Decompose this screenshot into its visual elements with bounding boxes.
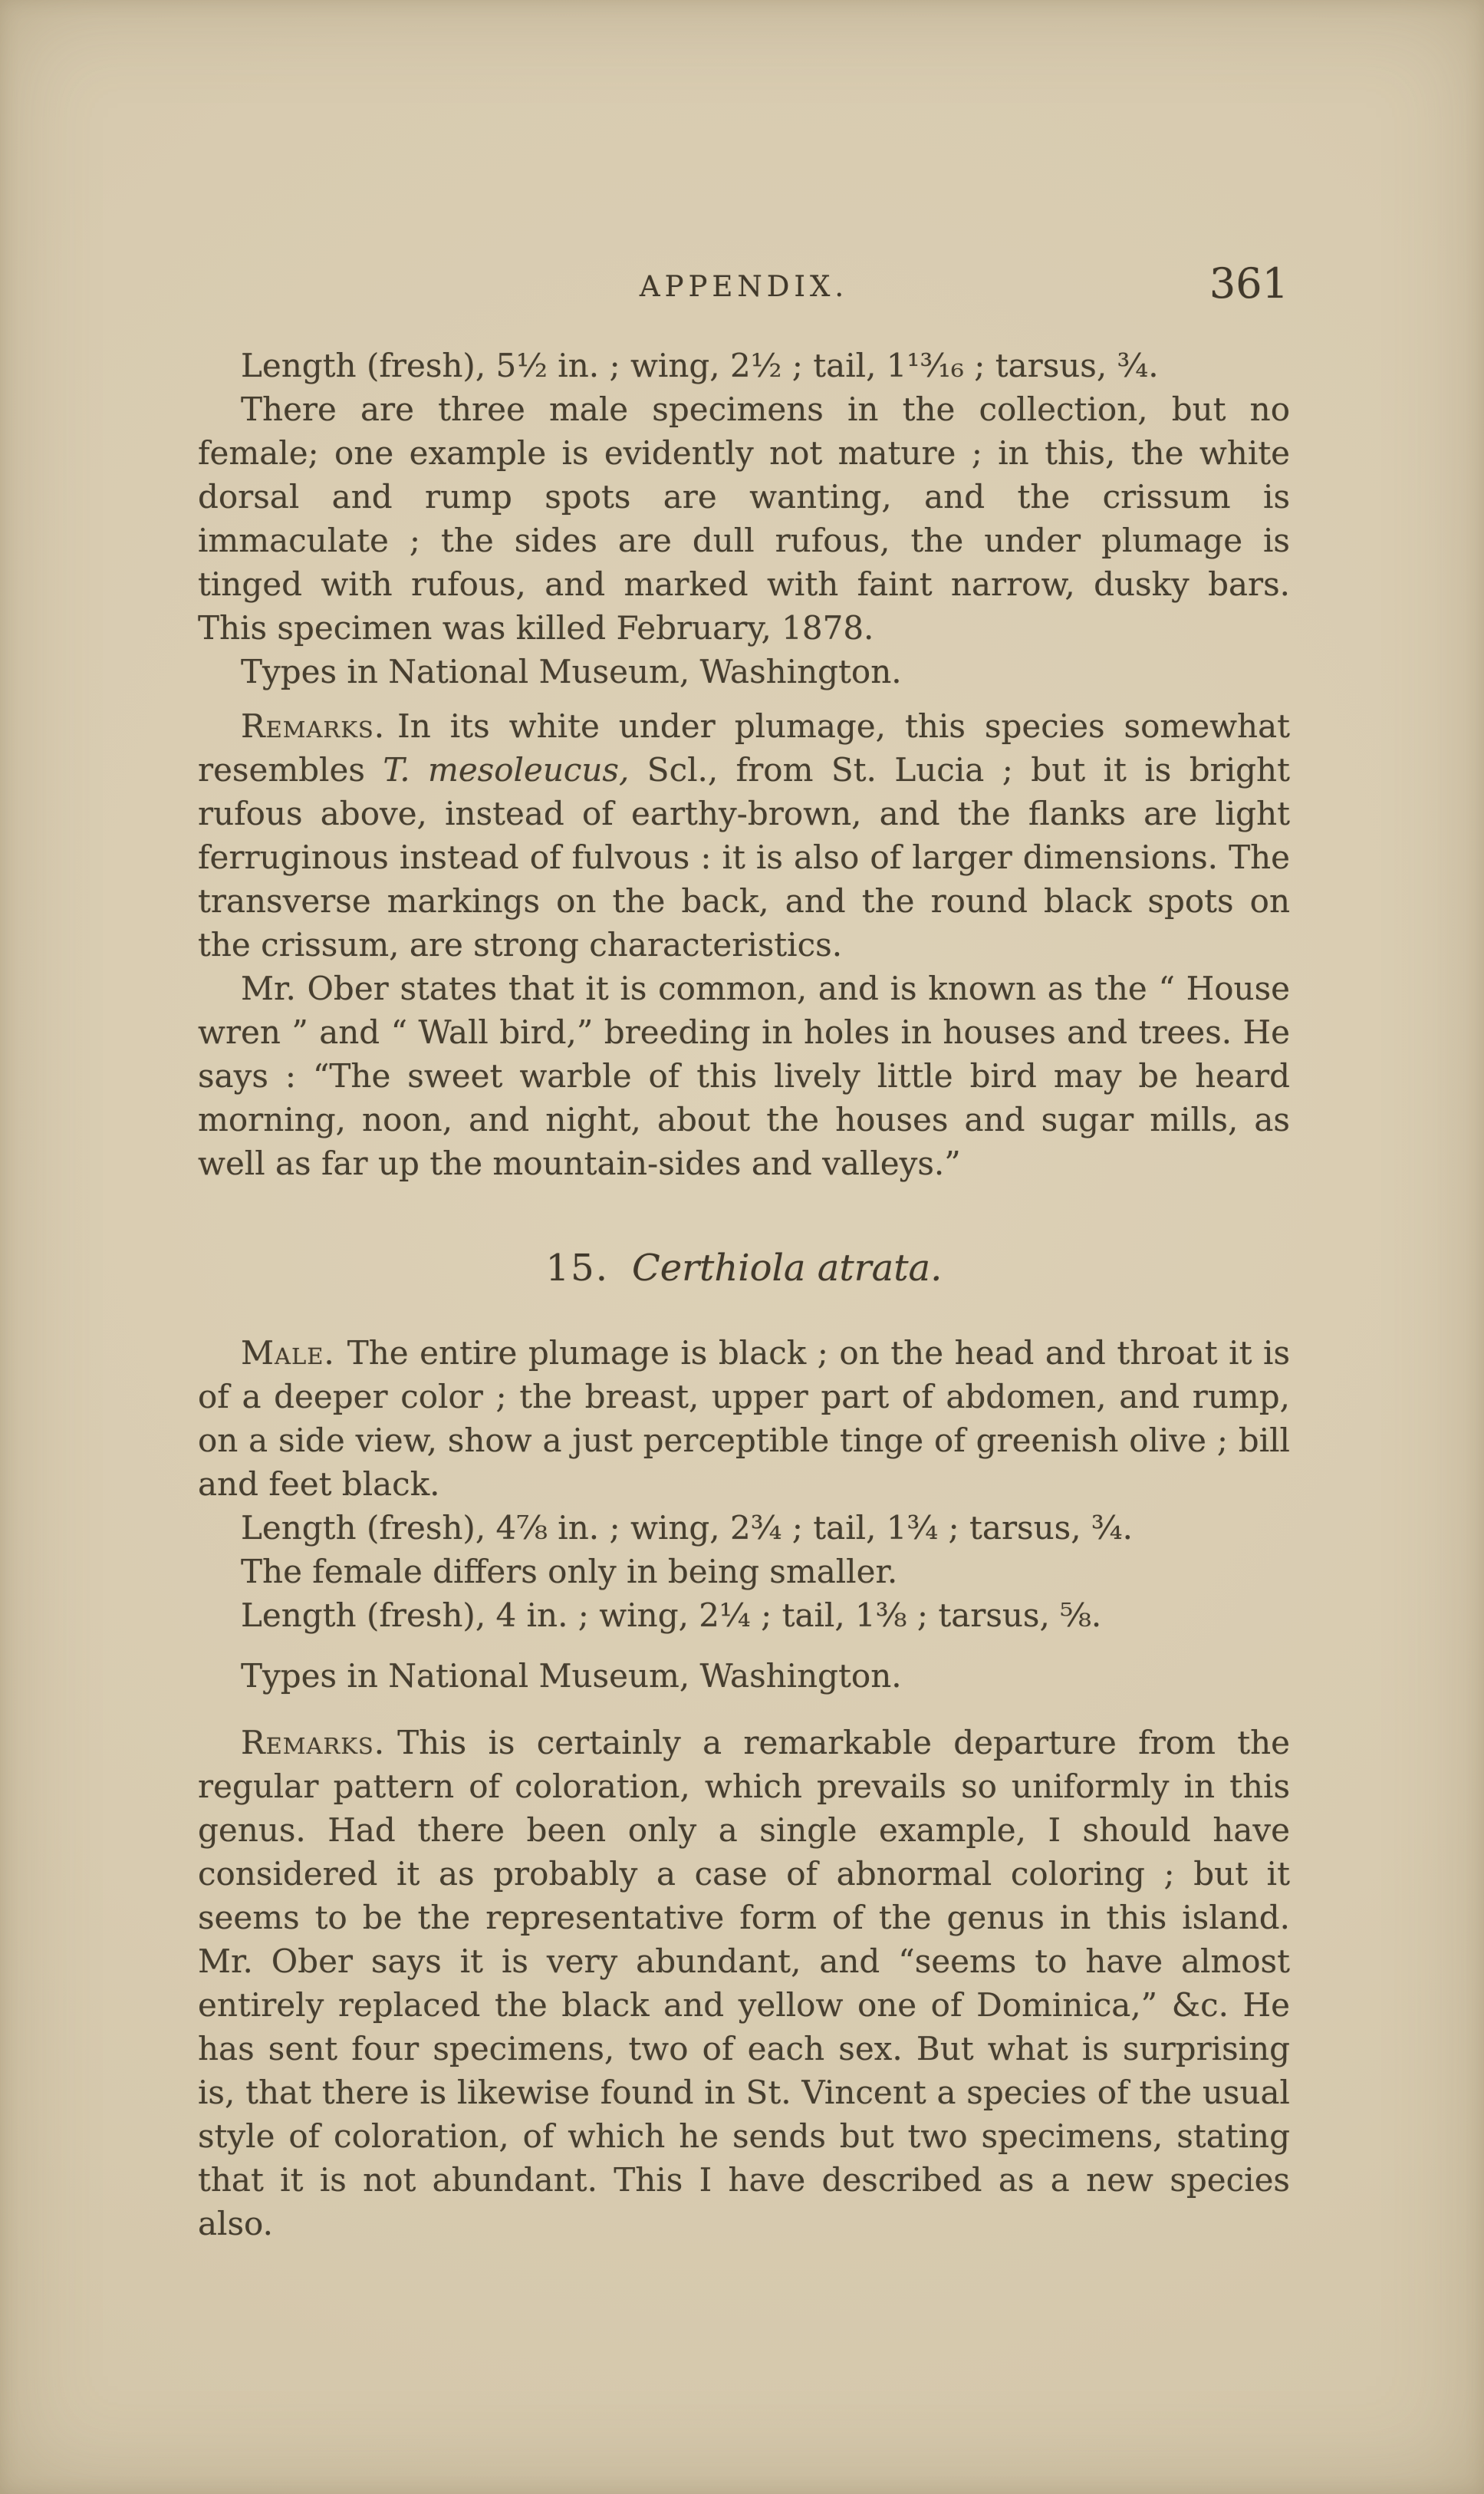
measurements-line-adult: Length (fresh), 5½ in. ; wing, 2½ ; tail… xyxy=(198,344,1290,387)
types-line-2: Types in National Museum, Washington. xyxy=(198,1654,1290,1698)
male-text: The entire plumage is black ; on the hea… xyxy=(198,1334,1290,1503)
species-name-atrata: Certhiola atrata. xyxy=(632,1247,942,1290)
page-number: 361 xyxy=(1209,259,1288,308)
text-column: APPENDIX. 361 Length (fresh), 5½ in. ; w… xyxy=(198,259,1290,2245)
paragraph-male: Male.The entire plumage is black ; on th… xyxy=(198,1331,1290,1506)
paragraph-remarks-1: Remarks.In its white under plumage, this… xyxy=(198,704,1290,967)
paragraph-specimens: There are three male specimens in the co… xyxy=(198,387,1290,650)
types-line-1: Types in National Museum, Washington. xyxy=(198,650,1290,694)
species-heading: 15.Certhiola atrata. xyxy=(198,1245,1290,1291)
measurements-line-female: Length (fresh), 4 in. ; wing, 2¼ ; tail,… xyxy=(198,1593,1290,1637)
species-number: 15. xyxy=(546,1247,609,1290)
remarks-2-lead: Remarks. xyxy=(241,1724,385,1761)
male-lead: Male. xyxy=(241,1334,335,1372)
page-header: APPENDIX. 361 xyxy=(198,259,1290,310)
running-title: APPENDIX. xyxy=(198,270,1290,303)
measurements-line-male: Length (fresh), 4⅞ in. ; wing, 2¾ ; tail… xyxy=(198,1506,1290,1550)
book-page: APPENDIX. 361 Length (fresh), 5½ in. ; w… xyxy=(0,0,1484,2494)
remarks-2-text: This is certainly a remarkable departure… xyxy=(198,1724,1290,2242)
paragraph-remarks-2: Remarks.This is certainly a remarkable d… xyxy=(198,1721,1290,2245)
paragraph-ober: Mr. Ober states that it is common, and i… xyxy=(198,967,1290,1185)
species-name-mesoleucus: T. mesoleucus, xyxy=(383,751,629,789)
female-note: The female differs only in being smaller… xyxy=(198,1550,1290,1593)
page-body: Length (fresh), 5½ in. ; wing, 2½ ; tail… xyxy=(198,344,1290,2245)
remarks-1-lead: Remarks. xyxy=(241,707,385,745)
